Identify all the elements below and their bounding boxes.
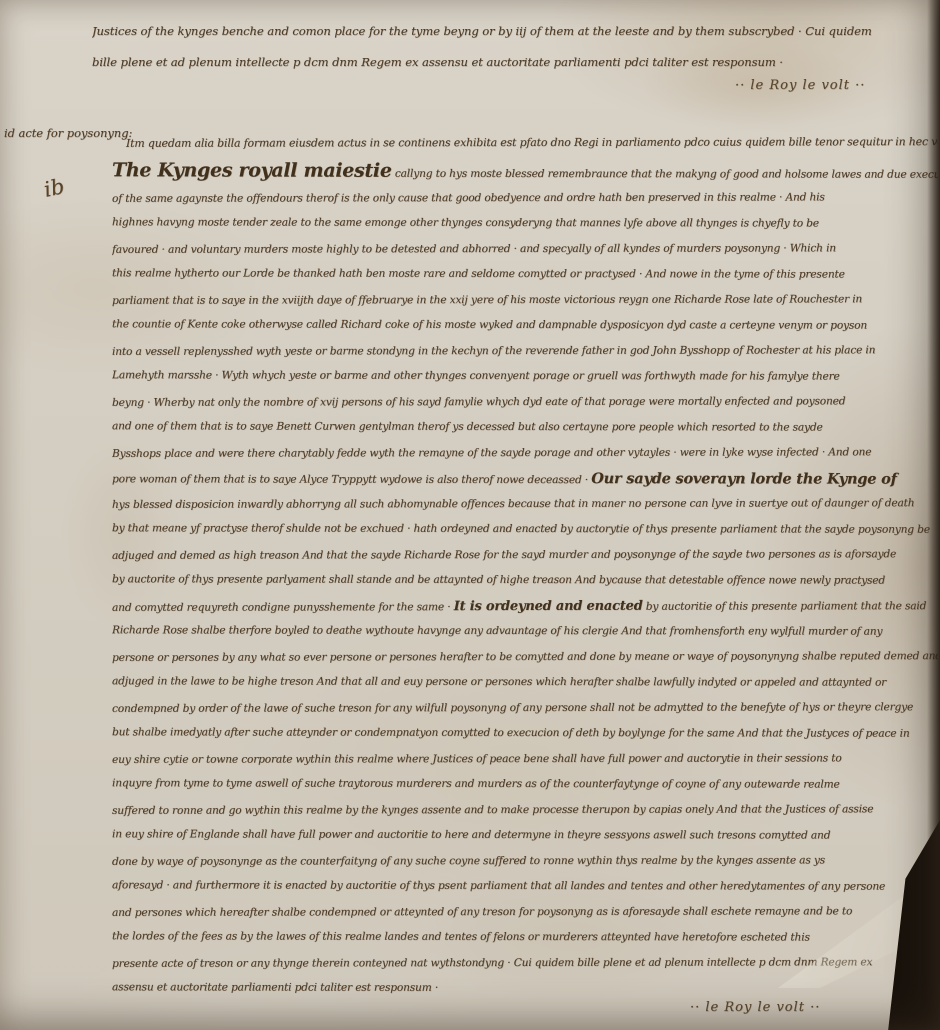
previous-entry-tail: Justices of the kynges benche and comon … [92, 16, 938, 78]
enacting-phrase: It is ordeyned and enacted [454, 598, 643, 613]
manuscript-line: persone or persones by any what so ever … [112, 644, 938, 671]
opening-phrase: The Kynges royall maiestie [112, 159, 392, 181]
enacting-pre: and comytted requyreth condigne punysshe… [112, 601, 454, 614]
manuscript-line: in euy shire of Englande shall have full… [112, 822, 938, 849]
manuscript-line-sovereign: pore woman of them that is to saye Alyce… [112, 465, 938, 492]
parchment-page: Justices of the kynges benche and comon … [0, 0, 940, 1030]
manuscript-line: into a vessell replenysshed wyth yeste o… [112, 338, 938, 365]
manuscript-line: favoured · and voluntary murders moste h… [112, 236, 938, 263]
manuscript-line: and persones which hereafter shalbe cond… [112, 899, 938, 926]
manuscript-line: Justices of the kynges benche and comon … [92, 16, 938, 47]
manuscript-line: the lordes of the fees as by the lawes o… [112, 924, 938, 951]
manuscript-line: this realme hytherto our Lorde be thanke… [112, 261, 938, 288]
manuscript-line: by auctorite of thys presente parlyament… [112, 567, 938, 594]
act-text-block: Itm quedam alia billa formam eiusdem act… [112, 130, 938, 1002]
manuscript-line: but shalbe imedyatly after suche atteynd… [112, 720, 938, 747]
manuscript-line: aforesayd · and furthermore it is enacte… [112, 873, 938, 900]
manuscript-line: Bysshops place and were there charytably… [112, 440, 938, 467]
manuscript-line-enacting: and comytted requyreth condigne punysshe… [112, 593, 938, 620]
sovereign-pre: pore woman of them that is to saye Alyce… [112, 473, 591, 486]
manuscript-line: Itm quedam alia billa formam eiusdem act… [112, 130, 938, 156]
manuscript-line: euy shire cytie or towne corporate wythi… [112, 746, 938, 773]
manuscript-line: presente acte of treson or any thynge th… [112, 950, 938, 977]
manuscript-line: condempned by order of the lawe of suche… [112, 695, 938, 722]
margin-paraph-mark: ib [42, 174, 67, 202]
manuscript-line-opening: The Kynges royall maiestie callyng to hy… [112, 155, 938, 186]
royal-assent-formula: ·· le Roy le volt ·· [735, 78, 865, 93]
manuscript-line: suffered to ronne and go wythin this rea… [112, 797, 938, 824]
manuscript-line: hys blessed disposicion inwardly abhorry… [112, 491, 938, 518]
manuscript-line: Richarde Rose shalbe therfore boyled to … [112, 618, 938, 645]
manuscript-line: by that meane yf practyse therof shulde … [112, 516, 938, 543]
manuscript-line: and one of them that is to saye Benett C… [112, 414, 938, 441]
manuscript-line: highnes havyng moste tender zeale to the… [112, 210, 938, 237]
manuscript-line: beyng · Wherby nat only the nombre of xv… [112, 389, 938, 416]
enacting-rest: by auctoritie of this presente parliamen… [643, 600, 927, 613]
manuscript-line: Lamehyth marsshe · Wyth whych yeste or b… [112, 363, 938, 390]
manuscript-line: parliament that is to saye in the xviijt… [112, 287, 938, 314]
opening-rest: callyng to hys moste blessed remembraunc… [392, 167, 938, 180]
royal-assent-formula: ·· le Roy le volt ·· [690, 1000, 820, 1015]
manuscript-line: done by waye of poysonynge as the counte… [112, 848, 938, 875]
manuscript-line: of the same agaynste the offendours ther… [112, 185, 938, 212]
manuscript-line: adjuged in the lawe to be highe treson A… [112, 669, 938, 696]
manuscript-line: assensu et auctoritate parliamenti pdci … [112, 975, 938, 1001]
manuscript-line: bille plene et ad plenum intellecte p dc… [92, 47, 938, 78]
manuscript-line: adjuged and demed as high treason And th… [112, 542, 938, 569]
manuscript-line: inquyre from tyme to tyme aswell of such… [112, 771, 938, 798]
manuscript-line: the countie of Kente coke otherwyse call… [112, 312, 938, 339]
sovereign-phrase: Our sayde soverayn lorde the Kynge of [591, 470, 896, 488]
